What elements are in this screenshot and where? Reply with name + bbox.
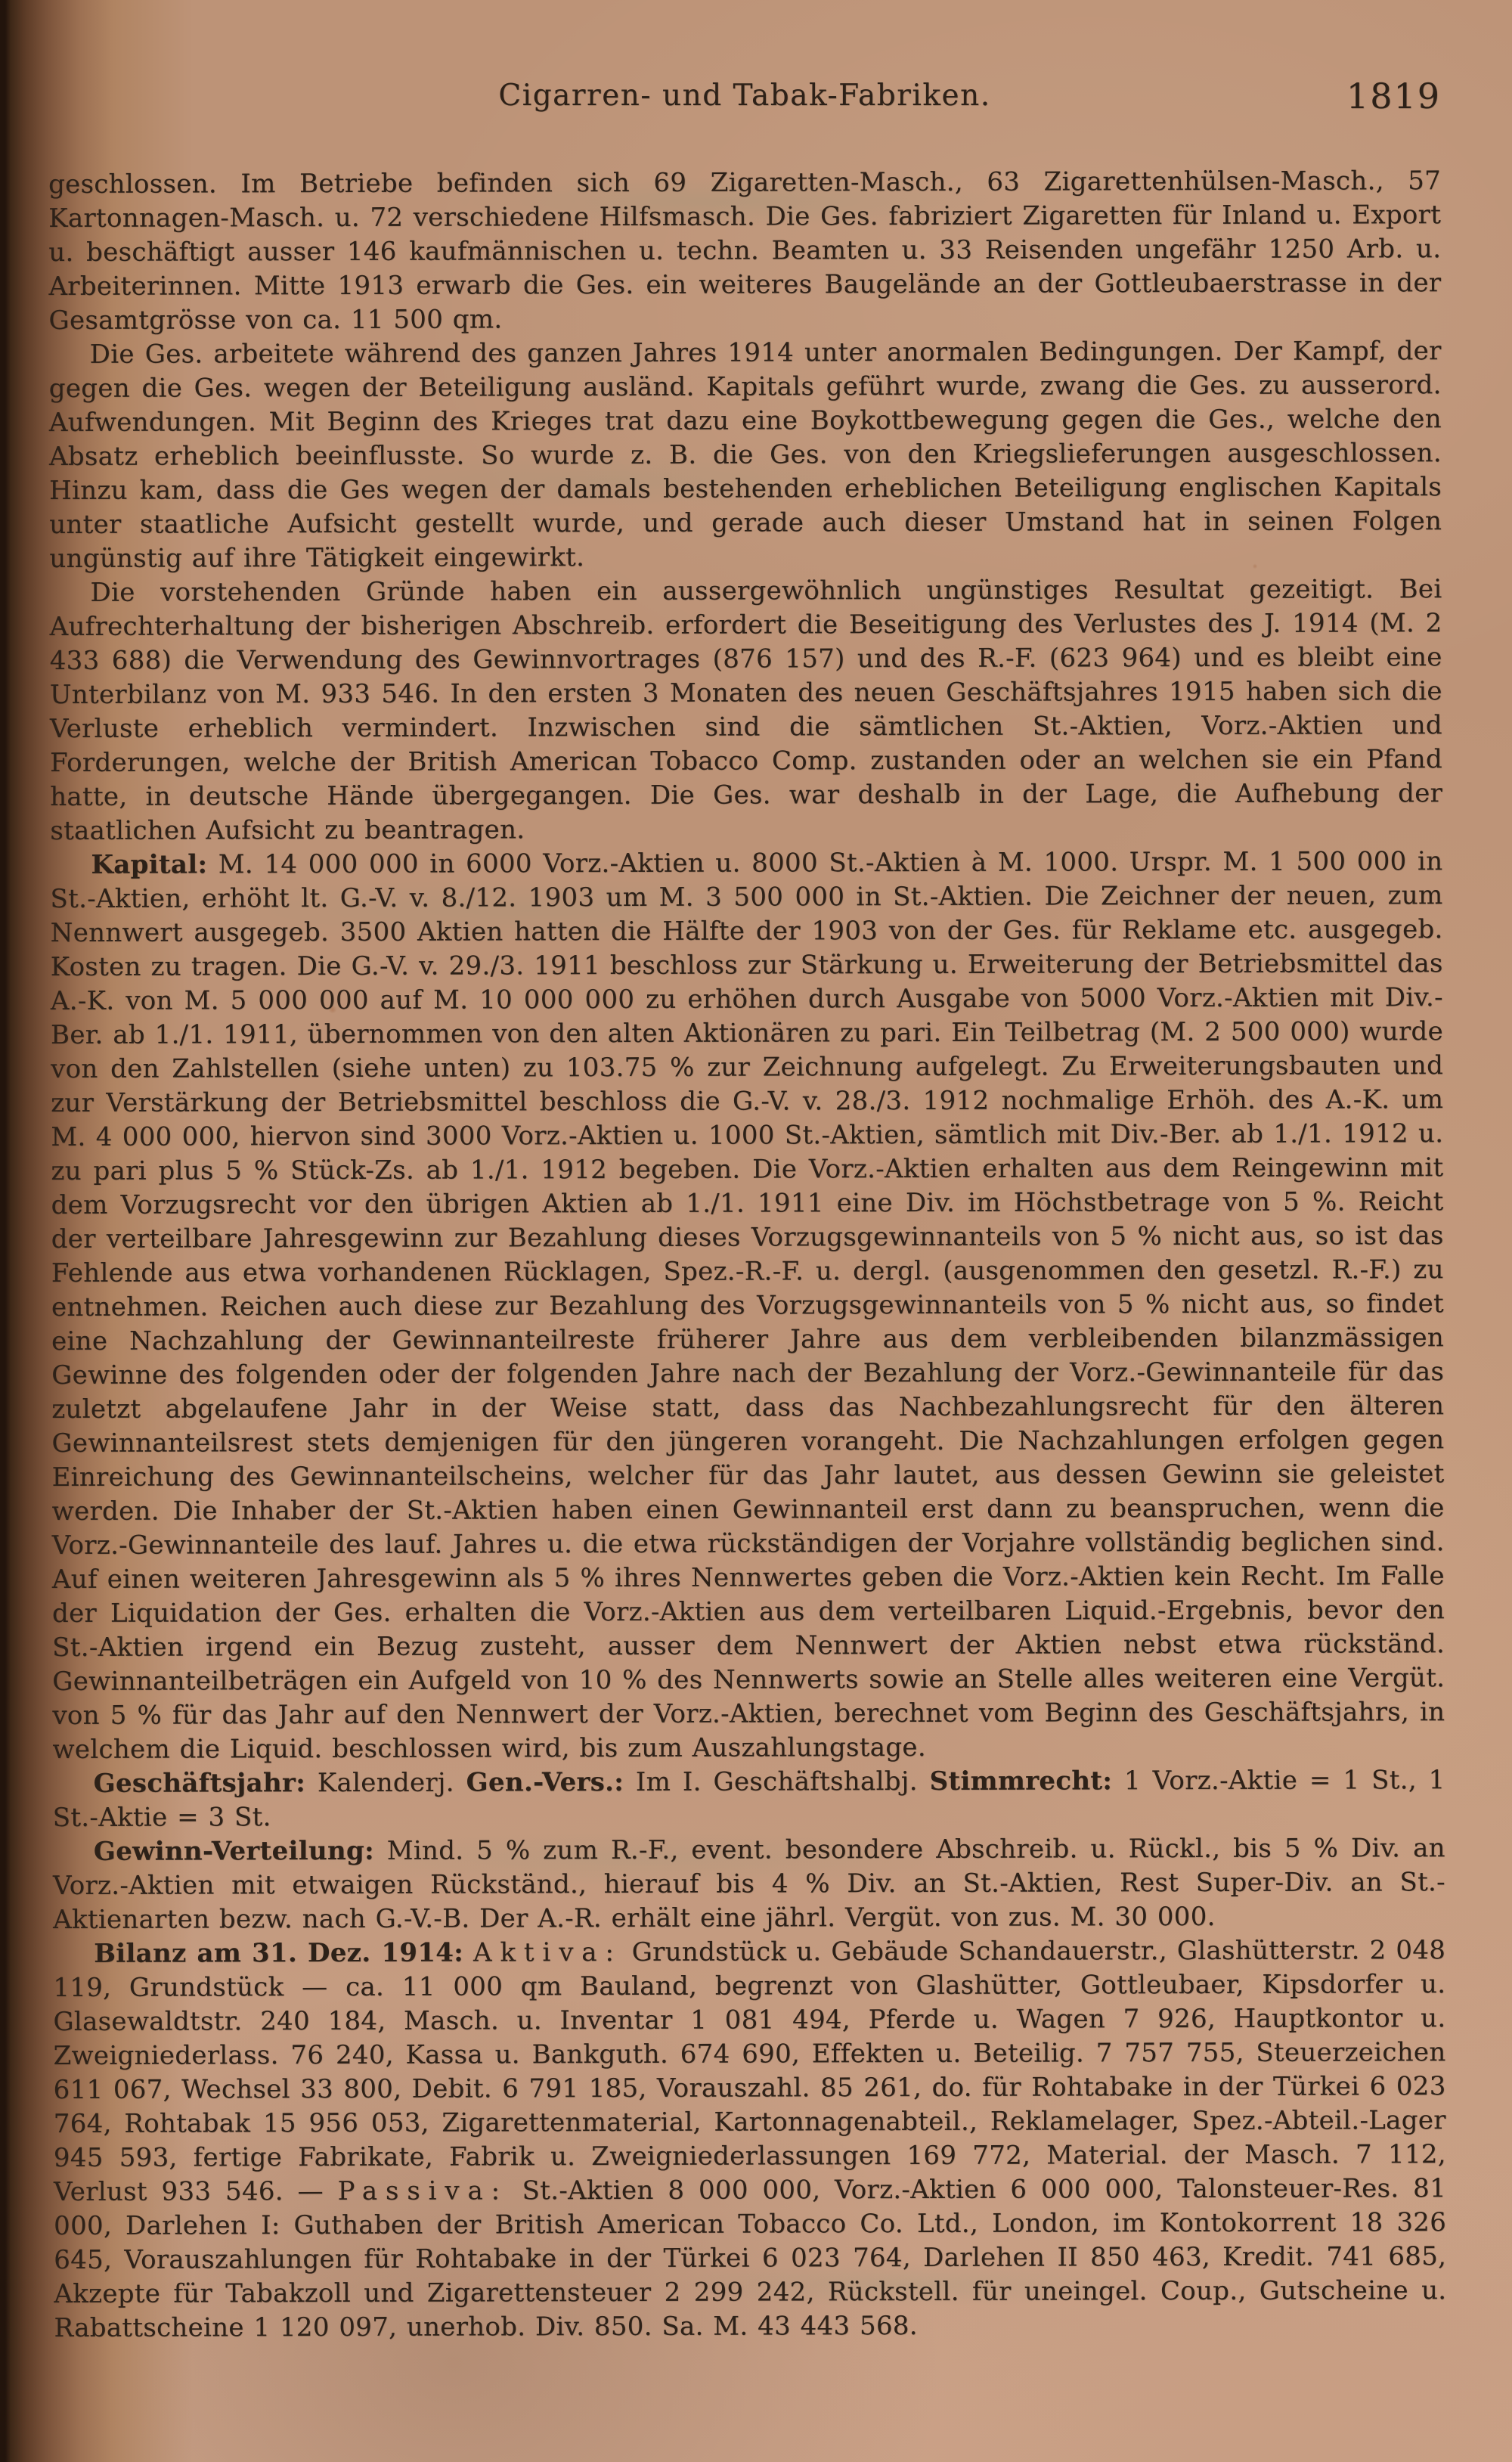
paragraph: Geschäftsjahr: Kalenderj. Gen.-Vers.: Im… bbox=[53, 1763, 1445, 1835]
text-run: Kalenderj. bbox=[305, 1768, 466, 1799]
text-run: Die Ges. arbeitete während des ganzen Ja… bbox=[49, 336, 1442, 574]
bold-label: Stimmrecht: bbox=[930, 1766, 1113, 1797]
paragraph: Die Ges. arbeitete während des ganzen Ja… bbox=[49, 334, 1442, 576]
page-title: Cigarren- und Tabak-Fabriken. bbox=[48, 79, 1441, 113]
spaced-label: Aktiva: bbox=[473, 1937, 622, 1968]
spaced-label: Passiva: bbox=[338, 2175, 508, 2206]
bold-label: Gen.-Vers.: bbox=[466, 1767, 624, 1798]
paragraph: geschlossen. Im Betriebe befinden sich 6… bbox=[48, 164, 1442, 338]
paragraph: Kapital: M. 14 000 000 in 6000 Vorz.-Akt… bbox=[50, 845, 1445, 1767]
text-run: Die vorstehenden Gründe haben ein ausser… bbox=[50, 574, 1443, 846]
book-page: Cigarren- und Tabak-Fabriken. 1819 gesch… bbox=[0, 0, 1512, 2462]
bold-label: Kapital: bbox=[91, 849, 207, 879]
bold-label: Gewinn-Verteilung: bbox=[94, 1836, 374, 1867]
text-run: Im I. Geschäftshalbj. bbox=[624, 1766, 930, 1797]
text-run bbox=[463, 1938, 473, 1968]
bold-label: Geschäftsjahr: bbox=[94, 1768, 306, 1799]
bold-label: Bilanz am 31. Dez. 1914: bbox=[94, 1938, 463, 1969]
paragraph: Gewinn-Verteilung: Mind. 5 % zum R.-F., … bbox=[53, 1831, 1445, 1937]
paragraph: Die vorstehenden Gründe haben ein ausser… bbox=[49, 572, 1442, 848]
text-run: Grundstück u. Gebäude Schandauerstr., Gl… bbox=[53, 1935, 1446, 2207]
page-header: Cigarren- und Tabak-Fabriken. 1819 bbox=[48, 79, 1441, 132]
text-run: geschlossen. Im Betriebe befinden sich 6… bbox=[48, 166, 1441, 336]
page-number: 1819 bbox=[1346, 76, 1441, 116]
text-run: M. 14 000 000 in 6000 Vorz.-Aktien u. 80… bbox=[50, 846, 1445, 1765]
body-text: geschlossen. Im Betriebe befinden sich 6… bbox=[48, 164, 1447, 2346]
paragraph: Bilanz am 31. Dez. 1914: Aktiva: Grundst… bbox=[53, 1933, 1446, 2346]
